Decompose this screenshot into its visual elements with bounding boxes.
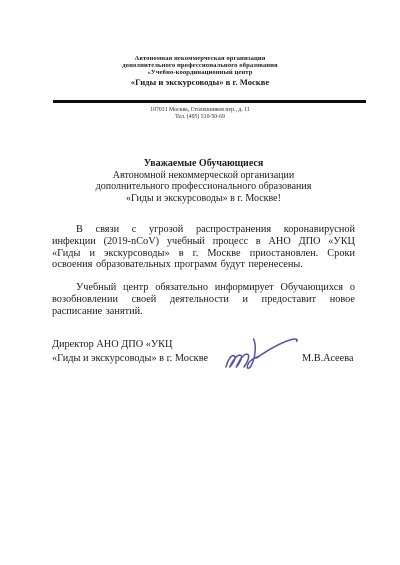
letterhead-line-1: Автономная некоммерческая организация bbox=[40, 55, 360, 62]
signer-position-line-2: «Гиды и экскурсоводы» в г. Москве bbox=[52, 352, 208, 366]
letterhead-line-2: дополнительного профессионального образо… bbox=[40, 62, 360, 69]
greeting-line-4: «Гиды и экскурсоводы» в г. Москве! bbox=[52, 193, 355, 205]
letterhead: Автономная некоммерческая организация до… bbox=[40, 55, 360, 87]
greeting-line-2: Автономной некоммерческой организации bbox=[52, 170, 355, 182]
letterhead-divider-rule bbox=[53, 100, 366, 103]
greeting-line-3: дополнительного профессионального образо… bbox=[52, 181, 355, 193]
handwritten-signature bbox=[220, 330, 304, 376]
contact-block: 107031 Москва, Столешников пер., д. 11 Т… bbox=[40, 107, 360, 121]
signer-position: Директор АНО ДПО «УКЦ «Гиды и экскурсово… bbox=[52, 338, 208, 365]
body-paragraph-1: В связи с угрозой распространения корона… bbox=[52, 224, 355, 271]
body-paragraph-2: Учебный центр обязательно информирует Об… bbox=[52, 282, 355, 317]
signature-block: Директор АНО ДПО «УКЦ «Гиды и экскурсово… bbox=[52, 338, 355, 388]
signer-position-line-1: Директор АНО ДПО «УКЦ bbox=[52, 338, 208, 352]
letterhead-line-3: «Учебно-координационный центр bbox=[40, 69, 360, 76]
greeting-block: Уважаемые Обучающиеся Автономной некомме… bbox=[52, 158, 355, 204]
letter-page: Автономная некоммерческая организация до… bbox=[0, 0, 400, 565]
signer-name: М.В.Асеева bbox=[302, 353, 353, 364]
contact-phone: Тел. (495) 510-50-69 bbox=[40, 114, 360, 121]
greeting-title: Уважаемые Обучающиеся bbox=[52, 158, 355, 170]
letterhead-line-4: «Гиды и экскурсоводы» в г. Москве bbox=[40, 78, 360, 87]
